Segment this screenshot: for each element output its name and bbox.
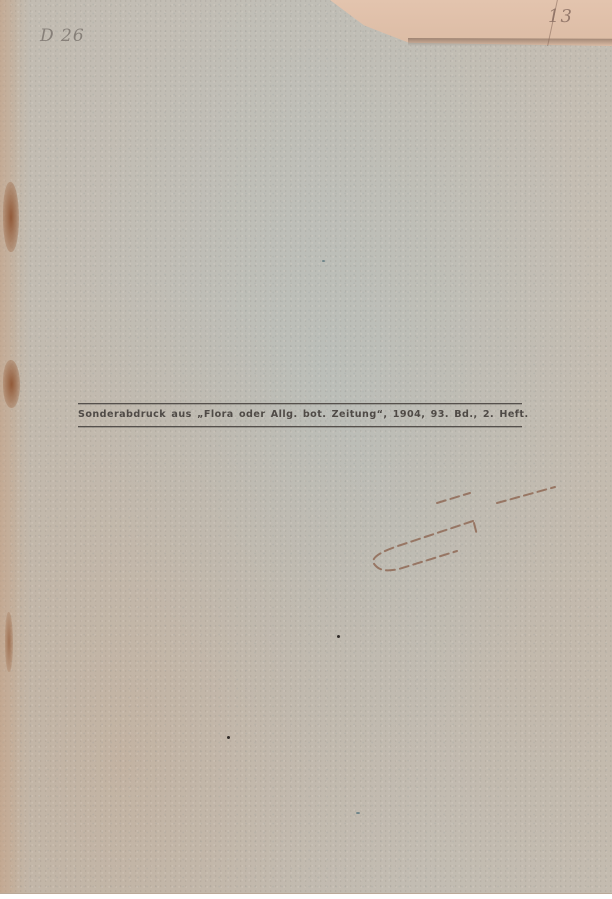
bottom-rule (78, 426, 522, 427)
rust-stain (3, 182, 19, 252)
paper-tab-shadow (408, 38, 612, 46)
rust-stain (5, 612, 13, 672)
pencil-annotation-shelfmark: D 26 (40, 26, 85, 46)
imprint-block: Sonderabdruck aus „Flora oder Allg. bot.… (78, 403, 522, 427)
imprint-line: Sonderabdruck aus „Flora oder Allg. bot.… (78, 404, 522, 426)
pencil-annotation-number: 13 (548, 6, 573, 27)
fiber-speck (356, 812, 360, 814)
binding-edge (0, 0, 18, 893)
ink-speck (227, 736, 230, 739)
faded-stamp-mark (365, 485, 565, 580)
fiber-speck (322, 260, 325, 262)
ink-speck (337, 635, 340, 638)
cover-page: D 26 13 Sonderabdruck aus „Flora oder Al… (0, 0, 612, 894)
rust-stain (3, 360, 20, 408)
